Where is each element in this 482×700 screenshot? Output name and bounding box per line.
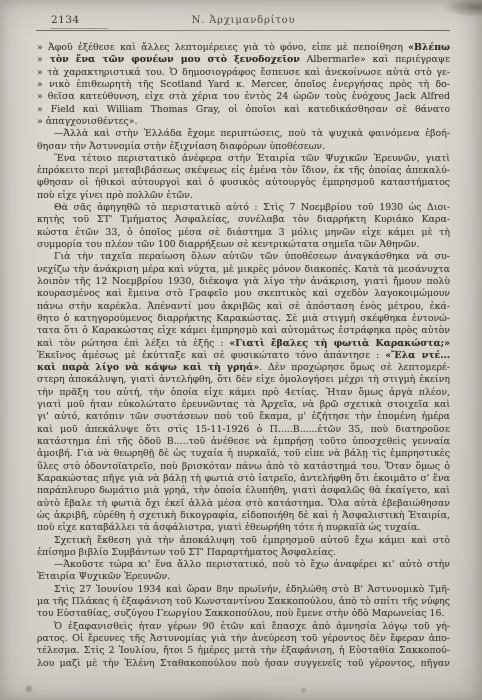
text-segment: ἐπίσημο βιβλίο Συμβάντων τοῦ ΣΤ' Παραρτή… [37,547,336,558]
text-line: —Ἀκοῦστε τώρα κι' ἕνα ἄλλο περιστατικό, … [37,559,450,571]
text-line: ὕλες στὸ ὀδοντοϊατρεῖο, ποὺ βρισκόταν πά… [37,461,450,473]
text-line: » τὰ χαρακτηριστικά του. Ὁ δημοσιογράφος… [37,67,450,79]
text-segment: Θὰ σᾶς ἀφηγηθῶ τὸ περιστατικὸ αὐτό : Στὶ… [54,202,450,213]
text-line: κουρασμένος καὶ ἔμεινα στὸ Γραφεῖο μου σ… [37,288,450,300]
text-segment: . Δὲν προχώρησε ὅμως σὲ λεπτομερέ- [259,362,450,373]
text-line: συμμορία του πλέον τῶν 100 διαρρήξεων σὲ… [37,239,450,251]
text-segment: θητο ὁ κατηγορούμενος διαρρήκτης Καρακώσ… [37,313,450,324]
text-segment: Καρακώστας πῆγε γιὰ νὰ βάλῃ τὴ φωτιὰ στὸ… [37,473,450,484]
text-line: Ἑταιρία Ψυχικῶν Ἐρευνῶν. [37,571,450,583]
text-line: θησαν τὴν Ἀστυνομία στὴν ἐξιχνίαση διαφό… [37,141,450,153]
text-line: ἀμοιβή. Γιὰ νὰ θεωρηθῇ δὲ ὡς τυχαία ἡ πυ… [37,448,450,460]
text-segment: Ἑταιρία Ψυχικῶν Ἐρευνῶν. [37,571,170,582]
text-segment: φθησαν οἱ ἠθικοὶ αὐτουργοὶ καὶ ὁ φυσικὸς… [37,177,450,188]
text-segment: » ἀπαγχονισθέντες». [37,116,137,127]
text-line: » νικὸ ἐπιθεωρητὴ τῆς Scotland Yard κ. M… [37,79,450,91]
text-segment: » τὰ χαρακτηριστικά του. Ὁ δημοσιογράφος… [37,67,450,78]
bold-text: «Βλέπω [408,42,450,53]
text-segment: αὐτὸ ἔβαλε τὴ φωτιὰ ὄχι ἐκεῖ ἀλλὰ μέσα σ… [37,498,450,509]
text-line: γιατὶ μοῦ ἦταν εὐκολώτατο ἐρευνῶντας τὰ … [37,399,450,411]
text-line: Ὁ ἐξαφανισθεὶς ἦταν γέρων 90 ἐτῶν καὶ ἔπ… [37,621,450,633]
text-segment: Σχετικὴ ἔκθεση γιὰ τὴν ἀποκάλυψη τοῦ ἐμπ… [54,535,450,546]
text-segment: ὕλες στὸ ὀδοντοϊατρεῖο, ποὺ βρισκόταν πά… [37,461,450,472]
text-segment: λοιπὸν τῆς 12 Νοεμβρίου 1930, διέκοψα γι… [37,276,450,287]
text-line: πάνω στὴν καρέκλα. Ἀπέναντί μου ἀκριβῶς … [37,301,450,313]
text-segment: Albermarle» καὶ περιέγραψε [300,54,450,65]
text-segment: γι' αὐτό, κατόπιν τῶν συστάσεων ποὺ τοῦ … [37,411,450,422]
text-segment: κατάστημα ἐπὶ τῆς ὁδοῦ Β.....τοῦ ἀνέθεσε… [37,436,450,447]
text-line: νεχίζω τὴν ἀνάκριση μέρα καὶ νύχτα, μὲ μ… [37,264,450,276]
text-line: ρατος. Οἱ ἔρευνες τῆς Ἀστυνομίας γιὰ τὴν… [37,633,450,645]
text-segment: θησαν τὴν Ἀστυνομία στὴν ἐξιχνίαση διαφό… [37,141,325,152]
header-rule-accent [50,28,108,29]
text-line: αὐτὸ ἔβαλε τὴ φωτιὰ ὄχι ἐκεῖ ἀλλὰ μέσα σ… [37,498,450,510]
text-segment: ἀμοιβή. Γιὰ νὰ θεωρηθῇ δὲ ὡς τυχαία ἡ πυ… [37,448,450,459]
text-segment: » [37,54,50,65]
text-line: ἐπρόκειτο περὶ μεταβιβάσεως σκέψεως εἰς … [37,165,450,177]
text-line: τέλεσμα. Στὶς 2 Ἰουλίου, ἤτοι 5 ἡμέρες μ… [37,645,450,657]
text-line: καὶ παρὰ λίγο νὰ κάψω καὶ τὴ γρηά». Δὲν … [37,362,450,374]
bold-text: τὸν ἕνα τῶν φονέων μου στὸ ξενοδοχεῖον [50,54,300,65]
text-line: » θεῖσα κατεύθυνση, εἶχε στὰ χέρια του ἐ… [37,91,450,103]
text-segment: Ἐκεῖνος ἀμέσως μὲ ἐκύτταξε καὶ σὲ φυσικώ… [37,350,385,361]
text-segment: Ὁ ἐξαφανισθεὶς ἦταν γέρων 90 ἐτῶν καὶ ἔπ… [54,621,450,632]
text-segment: ὡς ἀκριβῆ, εὑρέθη ἡ σχετικὴ δικογραφία, … [37,510,450,521]
text-line: Στὶς 27 Ἰουνίου 1934 καὶ ὥραν 8ην πρωϊνή… [37,584,450,596]
text-line: » Ἀφοῦ ἐξέθεσε καὶ ἄλλες λεπτομέρειες γι… [37,42,450,54]
text-line: Ἐκεῖνος ἀμέσως μὲ ἐκύτταξε καὶ σὲ φυσικώ… [37,350,450,362]
text-segment: ποὺ εἶχε καταβάλλει τὰ ἀσφάλιστρα, γιατὶ… [37,522,420,533]
text-line: Καρακώστας πῆγε γιὰ νὰ βάλῃ τὴ φωτιὰ στὸ… [37,473,450,485]
text-segment: συμμορία του πλέον τῶν 100 διαρρήξεων σὲ… [37,239,419,250]
text-line: Σχετικὴ ἔκθεση γιὰ τὴν ἀποκάλυψη τοῦ ἐμπ… [37,535,450,547]
text-line: τατα ὅτι ὁ Καρακώστας εἶχε κάμει ἐμπρησμ… [37,325,450,337]
bold-text: «Γιατὶ ἔβαλες τὴ φωτιὰ Καρακώστα;» [229,338,450,349]
text-block: » Ἀφοῦ ἐξέθεσε καὶ ἄλλες λεπτομέρειες γι… [37,42,450,670]
scanned-book-page: 2134 Ν. Ἀρχιμανδρίτου » Ἀφοῦ ἐξέθεσε καὶ… [0,0,482,700]
text-line: καὶ τὸν ρώτησα ἐπὶ λέξει τὰ ἑξῆς : «Γιατ… [37,338,450,350]
text-segment: τὴν πρᾶξη του αὐτή, τὴν ὁποία εἶχε κάμει… [37,387,450,398]
text-line: του Εὐσταθίας, συζύγου Γεωργίου Σακκοπού… [37,608,450,620]
text-segment: » Field καὶ William Thomas Gray, οἱ ὁποῖ… [37,104,450,115]
text-line: κώστα ἐτῶν 33, ὁ ὁποῖος μέσα σὲ διάστημα… [37,227,450,239]
text-line: —Ἀλλὰ καὶ στὴν Ἑλλάδα ἔχομε περιπτώσεις,… [37,128,450,140]
header-rule [36,30,450,31]
text-segment: καὶ μοῦ ἀπεκάλυψε ὅτι στὶς 15-11-1926 ὁ … [37,424,450,435]
text-line: λοιπὸν τῆς 12 Νοεμβρίου 1930, διέκοψα γι… [37,276,450,288]
text-segment: τατα ὅτι ὁ Καρακώστας εἶχε κάμει ἐμπρησμ… [37,325,450,336]
text-segment: παράπλευρο δωμάτιο μιὰ γρηά, τὴν ὁποία ἐ… [37,485,450,497]
text-line: » ἀπαγχονισθέντες». [37,116,450,128]
text-line: » τὸν ἕνα τῶν φονέων μου στὸ ξενοδοχεῖον… [37,54,450,66]
text-segment: μα τῆς Πλάκας ἡ ἐξαφάνιση τοῦ Κωνσταντίν… [37,596,450,607]
text-segment: Γιὰ τὴν ταχεῖα περαίωση ὅλων αὐτῶν τῶν ὑ… [54,251,450,262]
text-segment: κουρασμένος καὶ ἔμεινα στὸ Γραφεῖο μου σ… [37,288,450,299]
text-segment: » Ἀφοῦ ἐξέθεσε καὶ ἄλλες λεπτομέρειες γι… [37,42,408,53]
text-line: Γιὰ τὴν ταχεῖα περαίωση ὅλων αὐτῶν τῶν ὑ… [37,251,450,263]
text-segment: καὶ τὸν ρώτησα ἐπὶ λέξει τὰ ἑξῆς : [37,338,229,349]
text-line: » Field καὶ William Thomas Gray, οἱ ὁποῖ… [37,104,450,116]
text-line: ποὺ εἶχε γίνει πρὸ πολλῶν ἐτῶν. [37,190,450,202]
text-line: θητο ὁ κατηγορούμενος διαρρήκτης Καρακώσ… [37,313,450,325]
text-segment: » νικὸ ἐπιθεωρητὴ τῆς Scotland Yard κ. M… [37,79,450,90]
text-line: Θὰ σᾶς ἀφηγηθῶ τὸ περιστατικὸ αὐτό : Στὶ… [37,202,450,214]
bold-text: καὶ παρὰ λίγο νὰ κάψω καὶ τὴ γρηά» [37,362,259,373]
text-segment: τέλεσμα. Στὶς 2 Ἰουλίου, ἤτοι 5 ἡμέρες μ… [37,645,450,656]
text-line: κητὴς τοῦ ΣΤ' Τμήματος Ἀσφαλείας, συνέλα… [37,214,450,226]
text-segment: Στὶς 27 Ἰουνίου 1934 καὶ ὥραν 8ην πρωϊνή… [54,584,450,595]
text-segment: πάνω στὴν καρέκλα. Ἀπέναντί μου ἀκριβῶς … [37,301,450,312]
text-segment: —Ἀλλὰ καὶ στὴν Ἑλλάδα ἔχομε περιπτώσεις,… [54,128,450,139]
text-line: γι' αὐτό, κατόπιν τῶν συστάσεων ποὺ τοῦ … [37,411,450,423]
text-segment: ρατος. Οἱ ἔρευνες τῆς Ἀστυνομίας γιὰ τὴν… [37,633,450,644]
text-segment: στερη ἀποκάλυψη, γιατὶ ἀντελήφθη, ὅτι δὲ… [37,374,450,385]
text-segment: κώστα ἐτῶν 33, ὁ ὁποῖος μέσα σὲ διάστημα… [37,227,450,238]
text-segment: γιατὶ μοῦ ἦταν εὐκολώτατο ἐρευνῶντας τὰ … [37,399,450,410]
text-line: μα τῆς Πλάκας ἡ ἐξαφάνιση τοῦ Κωνσταντίν… [37,596,450,608]
text-line: καὶ μοῦ ἀπεκάλυψε ὅτι στὶς 15-11-1926 ὁ … [37,424,450,436]
text-segment: νεχίζω τὴν ἀνάκριση μέρα καὶ νύχτα, μὲ μ… [37,264,450,275]
text-segment: —Ἀκοῦστε τώρα κι' ἕνα ἄλλο περιστατικό, … [54,559,450,570]
text-segment: κητὴς τοῦ ΣΤ' Τμήματος Ἀσφαλείας, συνέλα… [37,214,450,225]
text-segment: ποὺ εἶχε γίνει πρὸ πολλῶν ἐτῶν. [37,190,193,201]
text-segment: ἐπρόκειτο περὶ μεταβιβάσεως σκέψεως εἰς … [37,165,450,176]
text-segment: του Εὐσταθίας, συζύγου Γεωργίου Σακκοπού… [37,608,444,619]
text-segment: » θεῖσα κατεύθυνση, εἶχε στὰ χέρια του ἐ… [37,91,450,102]
text-line: ἐπίσημο βιβλίο Συμβάντων τοῦ ΣΤ' Παραρτή… [37,547,450,559]
text-line: Ἕνα τέτοιο περιστατικὸ ἀνέφερα στὴν Ἑται… [37,153,450,165]
text-line: ποὺ εἶχε καταβάλλει τὰ ἀσφάλιστρα, γιατὶ… [37,522,450,534]
text-line: φθησαν οἱ ἠθικοὶ αὐτουργοὶ καὶ ὁ φυσικὸς… [37,177,450,189]
text-line: ὡς ἀκριβῆ, εὑρέθη ἡ σχετικὴ δικογραφία, … [37,510,450,522]
text-line: κατάστημα ἐπὶ τῆς ὁδοῦ Β.....τοῦ ἀνέθεσε… [37,436,450,448]
text-line: λου μαζὶ μὲ τὴν Ἑλένη Σταθακοπούλου ποὺ … [37,658,450,670]
text-segment: Ἕνα τέτοιο περιστατικὸ ἀνέφερα στὴν Ἑται… [54,153,450,164]
running-title: Ν. Ἀρχιμανδρίτου [37,15,450,26]
text-segment: λου μαζὶ μὲ τὴν Ἑλένη Σταθακοπούλου ποὺ … [37,658,450,669]
text-line: παράπλευρο δωμάτιο μιὰ γρηά, τὴν ὁποία ἐ… [37,485,450,497]
text-line: στερη ἀποκάλυψη, γιατὶ ἀντελήφθη, ὅτι δὲ… [37,374,450,386]
text-line: τὴν πρᾶξη του αὐτή, τὴν ὁποία εἶχε κάμει… [37,387,450,399]
bold-text: «Ἔλα ντέ... [385,350,450,361]
